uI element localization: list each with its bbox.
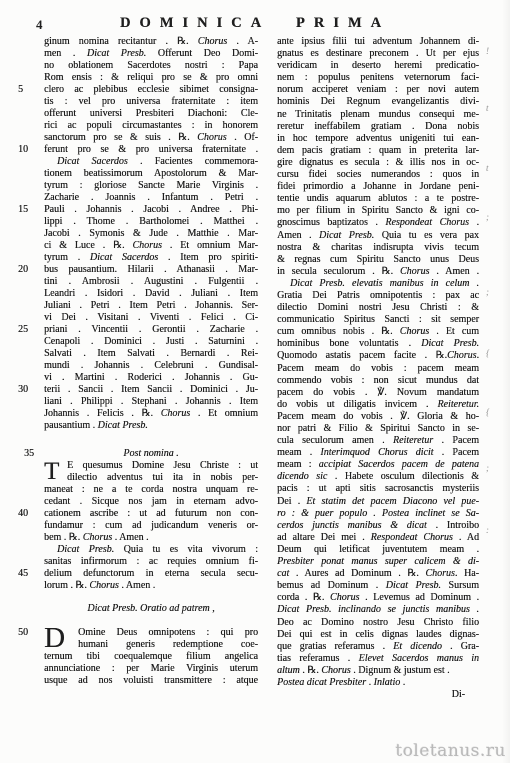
line-text: in secula seculorum . ℞. Chorus . Amen .	[277, 266, 479, 277]
text-line: meam . Interimquod Chorus dicit . Pacem	[277, 447, 479, 459]
line-text: cum omnibus nobis . ℞. Chorus . Et cum	[277, 326, 479, 337]
text-line: Presbiter ponat manus super calicem & di…	[277, 556, 479, 568]
line-text: maneat : ne a te corda nostra unquam re-	[44, 484, 258, 495]
line-text: Pauli . Johannis . Jacobi . Andree . Phi…	[44, 204, 258, 215]
line-text: dilectio adventus tui ita in nobis per-	[67, 472, 258, 483]
line-text: nostra & charitas indisrupta vivis tecum	[277, 242, 479, 253]
line-text: Dicat Presb. Oratio ad patrem ,	[87, 603, 214, 614]
line-text: ante ipsius filii tui adventum Johannem …	[277, 36, 479, 47]
line-text: offerunt universi Presbiteri Diachoni: C…	[44, 108, 258, 119]
text-line: bemus ad Dominum . Dicat Presb. Sursum	[277, 580, 479, 592]
line-text: bemus ad Dominum . Dicat Presb. Sursum	[277, 580, 479, 591]
left-column: ginum nomina recitantur . ℞. Chorus . A-…	[44, 36, 258, 687]
bleedthrough-mark: !	[486, 46, 489, 56]
text-line: cum omnibus nobis . ℞. Chorus . Et cum	[277, 326, 479, 338]
bleedthrough-mark: :	[486, 525, 489, 535]
text-line: humani generis redemptione coe-	[44, 639, 258, 651]
text-line: liani . Philippi . Stephani . Johannis .…	[44, 396, 258, 408]
line-text: Dei qui est in celis dignas laudes digna…	[277, 629, 479, 640]
line-text: meam : accipiat Sacerdos pacem de patena	[277, 459, 479, 470]
text-line: nostra & charitas indisrupta vivis tecum	[277, 242, 479, 254]
line-text: ternum tibi coequalemque filium angelica	[44, 651, 258, 662]
text-line: tis : vel pro universa fraternitate : it…	[44, 96, 258, 108]
line-text: cedant . Sicque nos jam in eternam advo-	[44, 496, 258, 507]
text-line: Dicat Sacerdos . Facientes commemora-	[44, 156, 258, 168]
line-text: & regnas cum Spiritu Sancto unus Deus	[277, 254, 479, 265]
line-text: clero ac plebibus ecclesie sibimet consi…	[44, 84, 258, 95]
line-text: Dei . Et statim det pacem Diacono vel pu…	[277, 496, 479, 507]
text-line: Johannis . Felicis . ℞. Chorus . Et omni…	[44, 408, 258, 420]
line-text: men . Dicat Presb. Offerunt Deo Domi-	[44, 48, 258, 59]
line-text: annunciatione : per Marie Virginis uteru…	[44, 663, 258, 674]
line-text: mo per filium in Spiritu Sancto & igni c…	[277, 205, 479, 216]
text-line: Dei . Et statim det pacem Diacono vel pu…	[277, 496, 479, 508]
line-text: Dicat Presb. elevatis manibus in celum .	[277, 278, 479, 289]
text-line: Postea dicat Presbiter . Inlatio .	[277, 677, 479, 689]
line-text: rici ac populi circumastantes : in honor…	[44, 120, 258, 131]
line-text: que gratias referamus . Et dicendo . Gra…	[277, 641, 479, 652]
text-line: Pacem meam do vobis . ℣. Gloria & ho-	[277, 411, 479, 423]
line-text: reretur ineffabilem gratiam . Dona nobis	[277, 121, 479, 132]
text-line: tyrum : gloriose Sancte Marie Virginis .	[44, 180, 258, 192]
bleedthrough-mark: {	[486, 407, 490, 417]
text-line: bem . ℞. Chorus . Amen .	[44, 532, 258, 544]
page-edge-shadow	[502, 0, 510, 763]
line-text: Jacobi . Symonis & Jude . Matthie . Mar-	[44, 228, 258, 239]
text-line: dicendo sic . Habete osculum dilectionis…	[277, 471, 479, 483]
text-line: rici ac populi circumastantes : in honor…	[44, 120, 258, 132]
text-line: Rom ensis : & reliqui pro se & pro omni	[44, 72, 258, 84]
line-text: Amen . Dicat Presb. Quia tu es vera pax	[277, 230, 479, 241]
line-text: meam . Interimquod Chorus dicit . Pacem	[277, 447, 479, 458]
text-line: cursu fidei socies numerandos : quos in	[277, 169, 479, 181]
line-text: cula seculorum amen . Reiteretur . Pacem	[277, 435, 479, 446]
line-number: 40	[18, 508, 40, 520]
line-number: 35	[18, 448, 40, 460]
line-text: Juliani . Petri . Item Petri . Johannis.…	[44, 300, 258, 311]
text-line: ci & Luce . ℞. Chorus . Et omnium Mar-	[44, 240, 258, 252]
line-text: tyrum : gloriose Sancte Marie Virginis .	[44, 180, 258, 191]
text-line: hominis Dei Regnum evangelizantis divi-	[277, 96, 479, 108]
text-line: 40cationem ascribe : ut ad futurum non c…	[44, 508, 258, 520]
text-line: pacem do vobis . ℣. Novum mandatum	[277, 387, 479, 399]
text-line: Amen . Dicat Presb. Quia tu es vera pax	[277, 230, 479, 242]
text-line: nor patri & Filio & Spiritui Sancto in s…	[277, 423, 479, 435]
line-text: Johannis . Felicis . ℞. Chorus . Et omni…	[44, 408, 258, 419]
text-line: commendo vobis : non sicut mundus dat	[277, 375, 479, 387]
bleedthrough-mark: t	[486, 103, 489, 113]
line-text: cat . Aures ad Dominum . ℞. Chorus. Ha-	[277, 568, 479, 579]
line-text: communicatio Spiritus Sancti : sit sempe…	[277, 314, 479, 325]
text-line: ro : & puer populo . Postea inclinet se …	[277, 508, 479, 520]
line-text: hominibus bone voluntatis . Dicat Presb.	[277, 338, 479, 349]
line-text: pacis : ut apti sitis sacrosanctis myste…	[277, 483, 479, 494]
line-text: commendo vobis : non sicut mundus dat	[277, 375, 479, 386]
line-text: humani generis redemptione coe-	[78, 639, 258, 650]
line-number: 30	[18, 384, 40, 396]
line-text: nor patri & Filio & Spiritui Sancto in s…	[277, 423, 479, 434]
line-text: Presbiter ponat manus super calicem & di…	[277, 556, 479, 567]
text-line: vi Dei . Visitani . Viventi . Felici . C…	[44, 312, 258, 324]
bleedthrough-mark: ;	[486, 463, 489, 473]
text-line: maneat : ne a te corda nostra unquam re-	[44, 484, 258, 496]
line-text: Dicat Presb. inclinando se junctis manib…	[277, 604, 479, 615]
text-line: 20bus pausantium. Hilarii . Athanasii . …	[44, 264, 258, 276]
line-text: tyrum . Dicat Sacerdos . Item pro spirit…	[44, 252, 258, 263]
text-line: veridicam in deserto heremi predicatio-	[277, 60, 479, 72]
text-line: tias referamus . Elevet Sacerdos manus i…	[277, 653, 479, 665]
line-text: Omine Deus omnipotens : qui pro	[78, 627, 258, 638]
bleedthrough-mark: t	[486, 163, 489, 173]
line-number: 10	[18, 144, 40, 156]
text-line: Dicat Presb. elevatis manibus in celum .	[277, 278, 479, 290]
line-text: tionem beatissimorum Apostolorum & Mar-	[44, 168, 258, 179]
line-text: usque ad nos voluisti transmittere : atq…	[44, 675, 258, 686]
text-line: Dicat Presb. Quia tu es vita vivorum :	[44, 544, 258, 556]
text-line: ternum tibi coequalemque filium angelica	[44, 651, 258, 663]
text-line: annunciatione : per Marie Virginis uteru…	[44, 663, 258, 675]
text-line: mo per filium in Spiritu Sancto & igni c…	[277, 205, 479, 217]
text-line: Salvati . Item Salvati . Bernardi . Rei-	[44, 348, 258, 360]
text-line: fundamur : cum ad judicandum veneris or-	[44, 520, 258, 532]
line-text: in hoc tempore adventus unigeniti tui ea…	[277, 133, 479, 144]
line-text: sanitas infirmorum : ac requies omnium f…	[44, 556, 258, 567]
line-text: ad altare Dei mei . Respondeat Chorus . …	[277, 532, 479, 543]
text-line: cat . Aures ad Dominum . ℞. Chorus. Ha-	[277, 568, 479, 580]
line-text: corda . ℞. Chorus . Levemus ad Dominum .	[277, 592, 479, 603]
text-line: gnatus es destinare preconem . Ut per ej…	[277, 48, 479, 60]
line-text: Dicat Presb. Quia tu es vita vivorum :	[44, 544, 258, 555]
line-text: mundi . Johannis . Celebruni . Gundisal-	[44, 360, 258, 371]
text-line: cula seculorum amen . Reiteretur . Pacem	[277, 435, 479, 447]
text-line: ante ipsius filii tui adventum Johannem …	[277, 36, 479, 48]
text-line: que gratias referamus . Et dicendo . Gra…	[277, 641, 479, 653]
line-text: Deum qui letificat juventutem meam .	[277, 544, 479, 555]
text-line: & regnas cum Spiritu Sancto unus Deus	[277, 254, 479, 266]
line-text: do vobis ut diligatis invicem . Reiteret…	[277, 399, 479, 410]
text-line: Deum qui letificat juventutem meam .	[277, 544, 479, 556]
text-line: mundi . Johannis . Celebruni . Gundisal-	[44, 360, 258, 372]
line-text: Pacem meam do vobis . ℣. Gloria & ho-	[277, 411, 479, 422]
text-line: Cenapoli . Dominici . Justi . Saturnini …	[44, 336, 258, 348]
text-line: tyrum . Dicat Sacerdos . Item pro spirit…	[44, 252, 258, 264]
line-text: cationem ascribe : ut ad futurum non con…	[44, 508, 258, 519]
text-line: Juliani . Petri . Item Petri . Johannis.…	[44, 300, 258, 312]
text-line: 45delium defunctorum in eterna secula se…	[44, 568, 258, 580]
text-line: pausantium . Dicat Presb.	[44, 420, 258, 432]
text-line: communicatio Spiritus Sancti : sit sempe…	[277, 314, 479, 326]
text-line: lorum . ℞. Chorus . Amen .	[44, 580, 258, 592]
line-text: Di-	[452, 689, 465, 700]
line-text: pausantium . Dicat Presb.	[44, 420, 148, 431]
text-line: sanctorum pro se & suis . ℞. Chorus . Of…	[44, 132, 258, 144]
text-line: reretur ineffabilem gratiam . Dona nobis	[277, 121, 479, 133]
text-line: men . Dicat Presb. Offerunt Deo Domi-	[44, 48, 258, 60]
line-text: ferunt pro se & pro universa fraternitat…	[44, 144, 258, 155]
text-line: gnoscimus baptizatos . Respondeat Chorus…	[277, 217, 479, 229]
text-line: dem pacis gratiam : quam in preterita la…	[277, 145, 479, 157]
line-text: Postea dicat Presbiter . Inlatio .	[277, 677, 405, 688]
text-line: Dei qui est in celis dignas laudes digna…	[277, 629, 479, 641]
text-line: usque ad nos voluisti transmittere : atq…	[44, 675, 258, 687]
text-line: 25priani . Vincentii . Gerontii . Zachar…	[44, 324, 258, 336]
text-line: dilectio adventus tui ita in nobis per-	[44, 472, 258, 484]
text-line: gire dignatus es secula : & illis nos in…	[277, 157, 479, 169]
text-line: Gratia Dei Patris omnipotentis : pax ac	[277, 290, 479, 302]
text-line: sanitas infirmorum : ac requies omnium f…	[44, 556, 258, 568]
right-column: ante ipsius filii tui adventum Johannem …	[277, 36, 479, 701]
text-line: 10ferunt pro se & pro universa fraternit…	[44, 144, 258, 156]
line-text: lorum . ℞. Chorus . Amen .	[44, 580, 155, 591]
text-line: Dicat Presb. inclinando se junctis manib…	[277, 604, 479, 616]
line-text: lippi . Thome . Bartholomei . Matthei .	[44, 216, 258, 227]
text-line: cerdos junctis manibus & dicat . Introib…	[277, 520, 479, 532]
line-text: cursu fidei socies numerandos : quos in	[277, 169, 479, 180]
line-text: tias referamus . Elevet Sacerdos manus i…	[277, 653, 479, 664]
text-line: TE quesumus Domine Jesu Christe : ut	[44, 460, 258, 472]
text-line: nem : populus penitens veternorum faci-	[277, 72, 479, 84]
text-line: norum acciperet veniam : per novi autem	[277, 84, 479, 96]
line-number: 50	[18, 627, 40, 639]
line-text: Deo ac Domino nostro Jesu Christo filio	[277, 617, 479, 628]
text-line: offerunt universi Presbiteri Diachoni: C…	[44, 108, 258, 120]
text-line: tionem beatissimorum Apostolorum & Mar-	[44, 168, 258, 180]
text-line: cedant . Sicque nos jam in eternam advo-	[44, 496, 258, 508]
text-line: tini . Ambrosii . Augustini . Fulgentii …	[44, 276, 258, 288]
line-text: Cenapoli . Dominici . Justi . Saturnini …	[44, 336, 258, 347]
line-text: Quomodo astatis pacem facite . ℞.Chorus.	[277, 350, 479, 361]
line-text: Zacharie . Joannis . Infantum . Petri .	[44, 192, 258, 203]
line-text: Salvati . Item Salvati . Bernardi . Rei-	[44, 348, 258, 359]
line-text: gnatus es destinare preconem . Ut per ej…	[277, 48, 479, 59]
line-number: 25	[18, 324, 40, 336]
line-text: tis : vel pro universa fraternitate : it…	[44, 96, 258, 107]
text-line: Pacem meam do vobis : pacem meam	[277, 363, 479, 375]
line-text: vi . Martini . Roderici . Johannis . Gu-	[44, 372, 258, 383]
text-line: no oblationem Sacerdotes nostri : Papa	[44, 60, 258, 72]
line-text: bus pausantium. Hilarii . Athanasii . Ma…	[44, 264, 258, 275]
line-text: gire dignatus es secula : & illis nos in…	[277, 157, 479, 168]
line-text: dicendo sic . Habete osculum dilectionis…	[277, 471, 479, 482]
line-text: nem : populus penitens veternorum faci-	[277, 72, 479, 83]
line-text: fidei primordio a Johanne in Jordane pen…	[277, 181, 479, 192]
running-title: DOMINICA PRIMA	[0, 15, 510, 32]
text-line: tentie undis aquarum ablutos : a te post…	[277, 193, 479, 205]
text-line: Quomodo astatis pacem facite . ℞.Chorus.	[277, 350, 479, 362]
line-number: 5	[18, 84, 40, 96]
bleedthrough-mark: {	[486, 348, 490, 358]
line-text: vi Dei . Visitani . Viventi . Felici . C…	[44, 312, 258, 323]
text-line: ne Trinitatis plenam mundus consequi me-	[277, 109, 479, 121]
text-line: in hoc tempore adventus unigeniti tui ea…	[277, 133, 479, 145]
line-text: delium defunctorum in eterna secula secu…	[44, 568, 258, 579]
text-line: Di-	[277, 689, 479, 701]
bleedthrough-mark: ;	[486, 212, 489, 222]
scanned-book-page: 4 DOMINICA PRIMA ginum nomina recitantur…	[0, 0, 510, 763]
watermark: toletanus.ru	[395, 741, 506, 761]
text-line: vi . Martini . Roderici . Johannis . Gu-	[44, 372, 258, 384]
line-number: 45	[18, 568, 40, 580]
text-line: 50DOmine Deus omnipotens : qui pro	[44, 627, 258, 639]
text-line: ad altare Dei mei . Respondeat Chorus . …	[277, 532, 479, 544]
text-line: corda . ℞. Chorus . Levemus ad Dominum .	[277, 592, 479, 604]
line-text: altum . ℞. Chorus . Dignum & justum est …	[277, 665, 450, 676]
line-text: sanctorum pro se & suis . ℞. Chorus . Of…	[44, 132, 258, 143]
text-line: Zacharie . Joannis . Infantum . Petri .	[44, 192, 258, 204]
text-line: do vobis ut diligatis invicem . Reiteret…	[277, 399, 479, 411]
line-text: pacem do vobis . ℣. Novum mandatum	[277, 387, 479, 398]
text-line: dilectio Domini nostri Jesu Christi : &	[277, 302, 479, 314]
line-text: gnoscimus baptizatos . Respondeat Chorus…	[277, 217, 479, 228]
line-text: terii . Sancii . Item Sancii . Dominici …	[44, 384, 258, 395]
line-text: Rom ensis : & reliqui pro se & pro omni	[44, 72, 258, 83]
line-text: bem . ℞. Chorus . Amen .	[44, 532, 149, 543]
line-text: veridicam in deserto heremi predicatio-	[277, 60, 479, 71]
line-text: no oblationem Sacerdotes nostri : Papa	[44, 60, 258, 71]
text-line: 30terii . Sancii . Item Sancii . Dominic…	[44, 384, 258, 396]
text-line: fidei primordio a Johanne in Jordane pen…	[277, 181, 479, 193]
bleedthrough-mark: ;	[486, 287, 489, 297]
line-text: dem pacis gratiam : quam in preterita la…	[277, 145, 479, 156]
line-text: hominis Dei Regnum evangelizantis divi-	[277, 96, 479, 107]
text-line: Dicat Presb. Oratio ad patrem ,	[44, 603, 258, 615]
text-line: lippi . Thome . Bartholomei . Matthei .	[44, 216, 258, 228]
text-line: altum . ℞. Chorus . Dignum & justum est …	[277, 665, 479, 677]
text-line: 35Post nomina .	[44, 448, 258, 460]
text-line: 15Pauli . Johannis . Jacobi . Andree . P…	[44, 204, 258, 216]
line-text: Pacem meam do vobis : pacem meam	[277, 363, 479, 374]
line-text: ro : & puer populo . Postea inclinet se …	[277, 508, 479, 519]
line-text: tini . Ambrosii . Augustini . Fulgentii …	[44, 276, 258, 287]
line-text: priani . Vincentii . Gerontii . Zacharie…	[44, 324, 258, 335]
text-line: ginum nomina recitantur . ℞. Chorus . A-	[44, 36, 258, 48]
line-text: Gratia Dei Patris omnipotentis : pax ac	[277, 290, 479, 301]
line-text: ginum nomina recitantur . ℞. Chorus . A-	[44, 36, 258, 47]
text-line: meam : accipiat Sacerdos pacem de patena	[277, 459, 479, 471]
line-text: cerdos junctis manibus & dicat . Introib…	[277, 520, 479, 531]
text-line: Leandri . Isidori . David . Juliani . It…	[44, 288, 258, 300]
line-text: Leandri . Isidori . David . Juliani . It…	[44, 288, 258, 299]
line-text: tentie undis aquarum ablutos : a te post…	[277, 193, 479, 204]
text-line: hominibus bone voluntatis . Dicat Presb.	[277, 338, 479, 350]
text-line: pacis : ut apti sitis sacrosanctis myste…	[277, 483, 479, 495]
line-text: ci & Luce . ℞. Chorus . Et omnium Mar-	[44, 240, 258, 251]
line-text: liani . Philippi . Stephani . Johannis .…	[44, 396, 258, 407]
line-number: 20	[18, 264, 40, 276]
text-line: in secula seculorum . ℞. Chorus . Amen .	[277, 266, 479, 278]
text-line: Deo ac Domino nostro Jesu Christo filio	[277, 617, 479, 629]
line-text: fundamur : cum ad judicandum veneris or-	[44, 520, 258, 531]
line-text: Post nomina .	[123, 448, 178, 459]
text-line: 5clero ac plebibus ecclesie sibimet cons…	[44, 84, 258, 96]
line-text: norum acciperet veniam : per novi autem	[277, 84, 479, 95]
line-text: dilectio Domini nostri Jesu Christi : &	[277, 302, 479, 313]
line-number: 15	[18, 204, 40, 216]
line-text: E quesumus Domine Jesu Christe : ut	[67, 460, 258, 471]
line-text: ne Trinitatis plenam mundus consequi me-	[277, 109, 479, 120]
text-line: Jacobi . Symonis & Jude . Matthie . Mar-	[44, 228, 258, 240]
line-text: Dicat Sacerdos . Facientes commemora-	[44, 156, 258, 167]
